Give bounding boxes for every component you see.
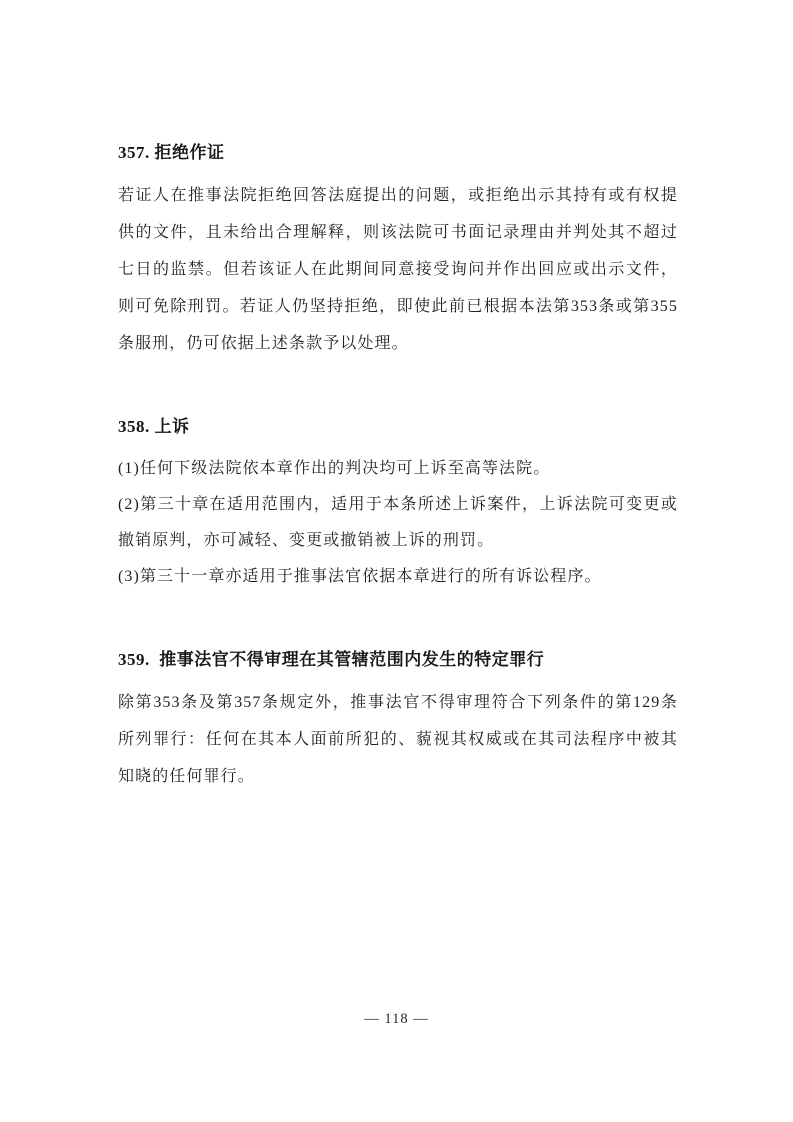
document-page: 357. 拒绝作证 若证人在推事法院拒绝回答法庭提出的问题，或拒绝出示其持有或有… — [0, 0, 793, 1122]
section-358: 358. 上诉 (1)任何下级法院依本章作出的判决均可上诉至高等法院。 (2)第… — [118, 414, 678, 595]
section-359: 359. 推事法官不得审理在其管辖范围内发生的特定罪行 除第353条及第357条… — [118, 647, 678, 795]
section-357-paragraph: 若证人在推事法院拒绝回答法庭提出的问题，或拒绝出示其持有或有权提供的文件，且未给… — [118, 177, 678, 362]
section-358-heading: 358. 上诉 — [118, 414, 678, 440]
page-number: — 118 — — [364, 1011, 428, 1027]
section-358-item-2: (2)第三十章在适用范围内，适用于本条所述上诉案件，上诉法院可变更或撤销原判，亦… — [118, 487, 678, 559]
page-footer: — 118 — — [0, 1010, 793, 1028]
section-357-heading: 357. 拒绝作证 — [118, 140, 678, 166]
section-358-item-1: (1)任何下级法院依本章作出的判决均可上诉至高等法院。 — [118, 451, 678, 487]
section-357: 357. 拒绝作证 若证人在推事法院拒绝回答法庭提出的问题，或拒绝出示其持有或有… — [118, 140, 678, 362]
section-359-heading: 359. 推事法官不得审理在其管辖范围内发生的特定罪行 — [118, 647, 678, 673]
section-358-item-3: (3)第三十一章亦适用于推事法官依据本章进行的所有诉讼程序。 — [118, 559, 678, 595]
section-359-paragraph: 除第353条及第357条规定外，推事法官不得审理符合下列条件的第129条所列罪行… — [118, 684, 678, 795]
content-area: 357. 拒绝作证 若证人在推事法院拒绝回答法庭提出的问题，或拒绝出示其持有或有… — [118, 140, 678, 795]
